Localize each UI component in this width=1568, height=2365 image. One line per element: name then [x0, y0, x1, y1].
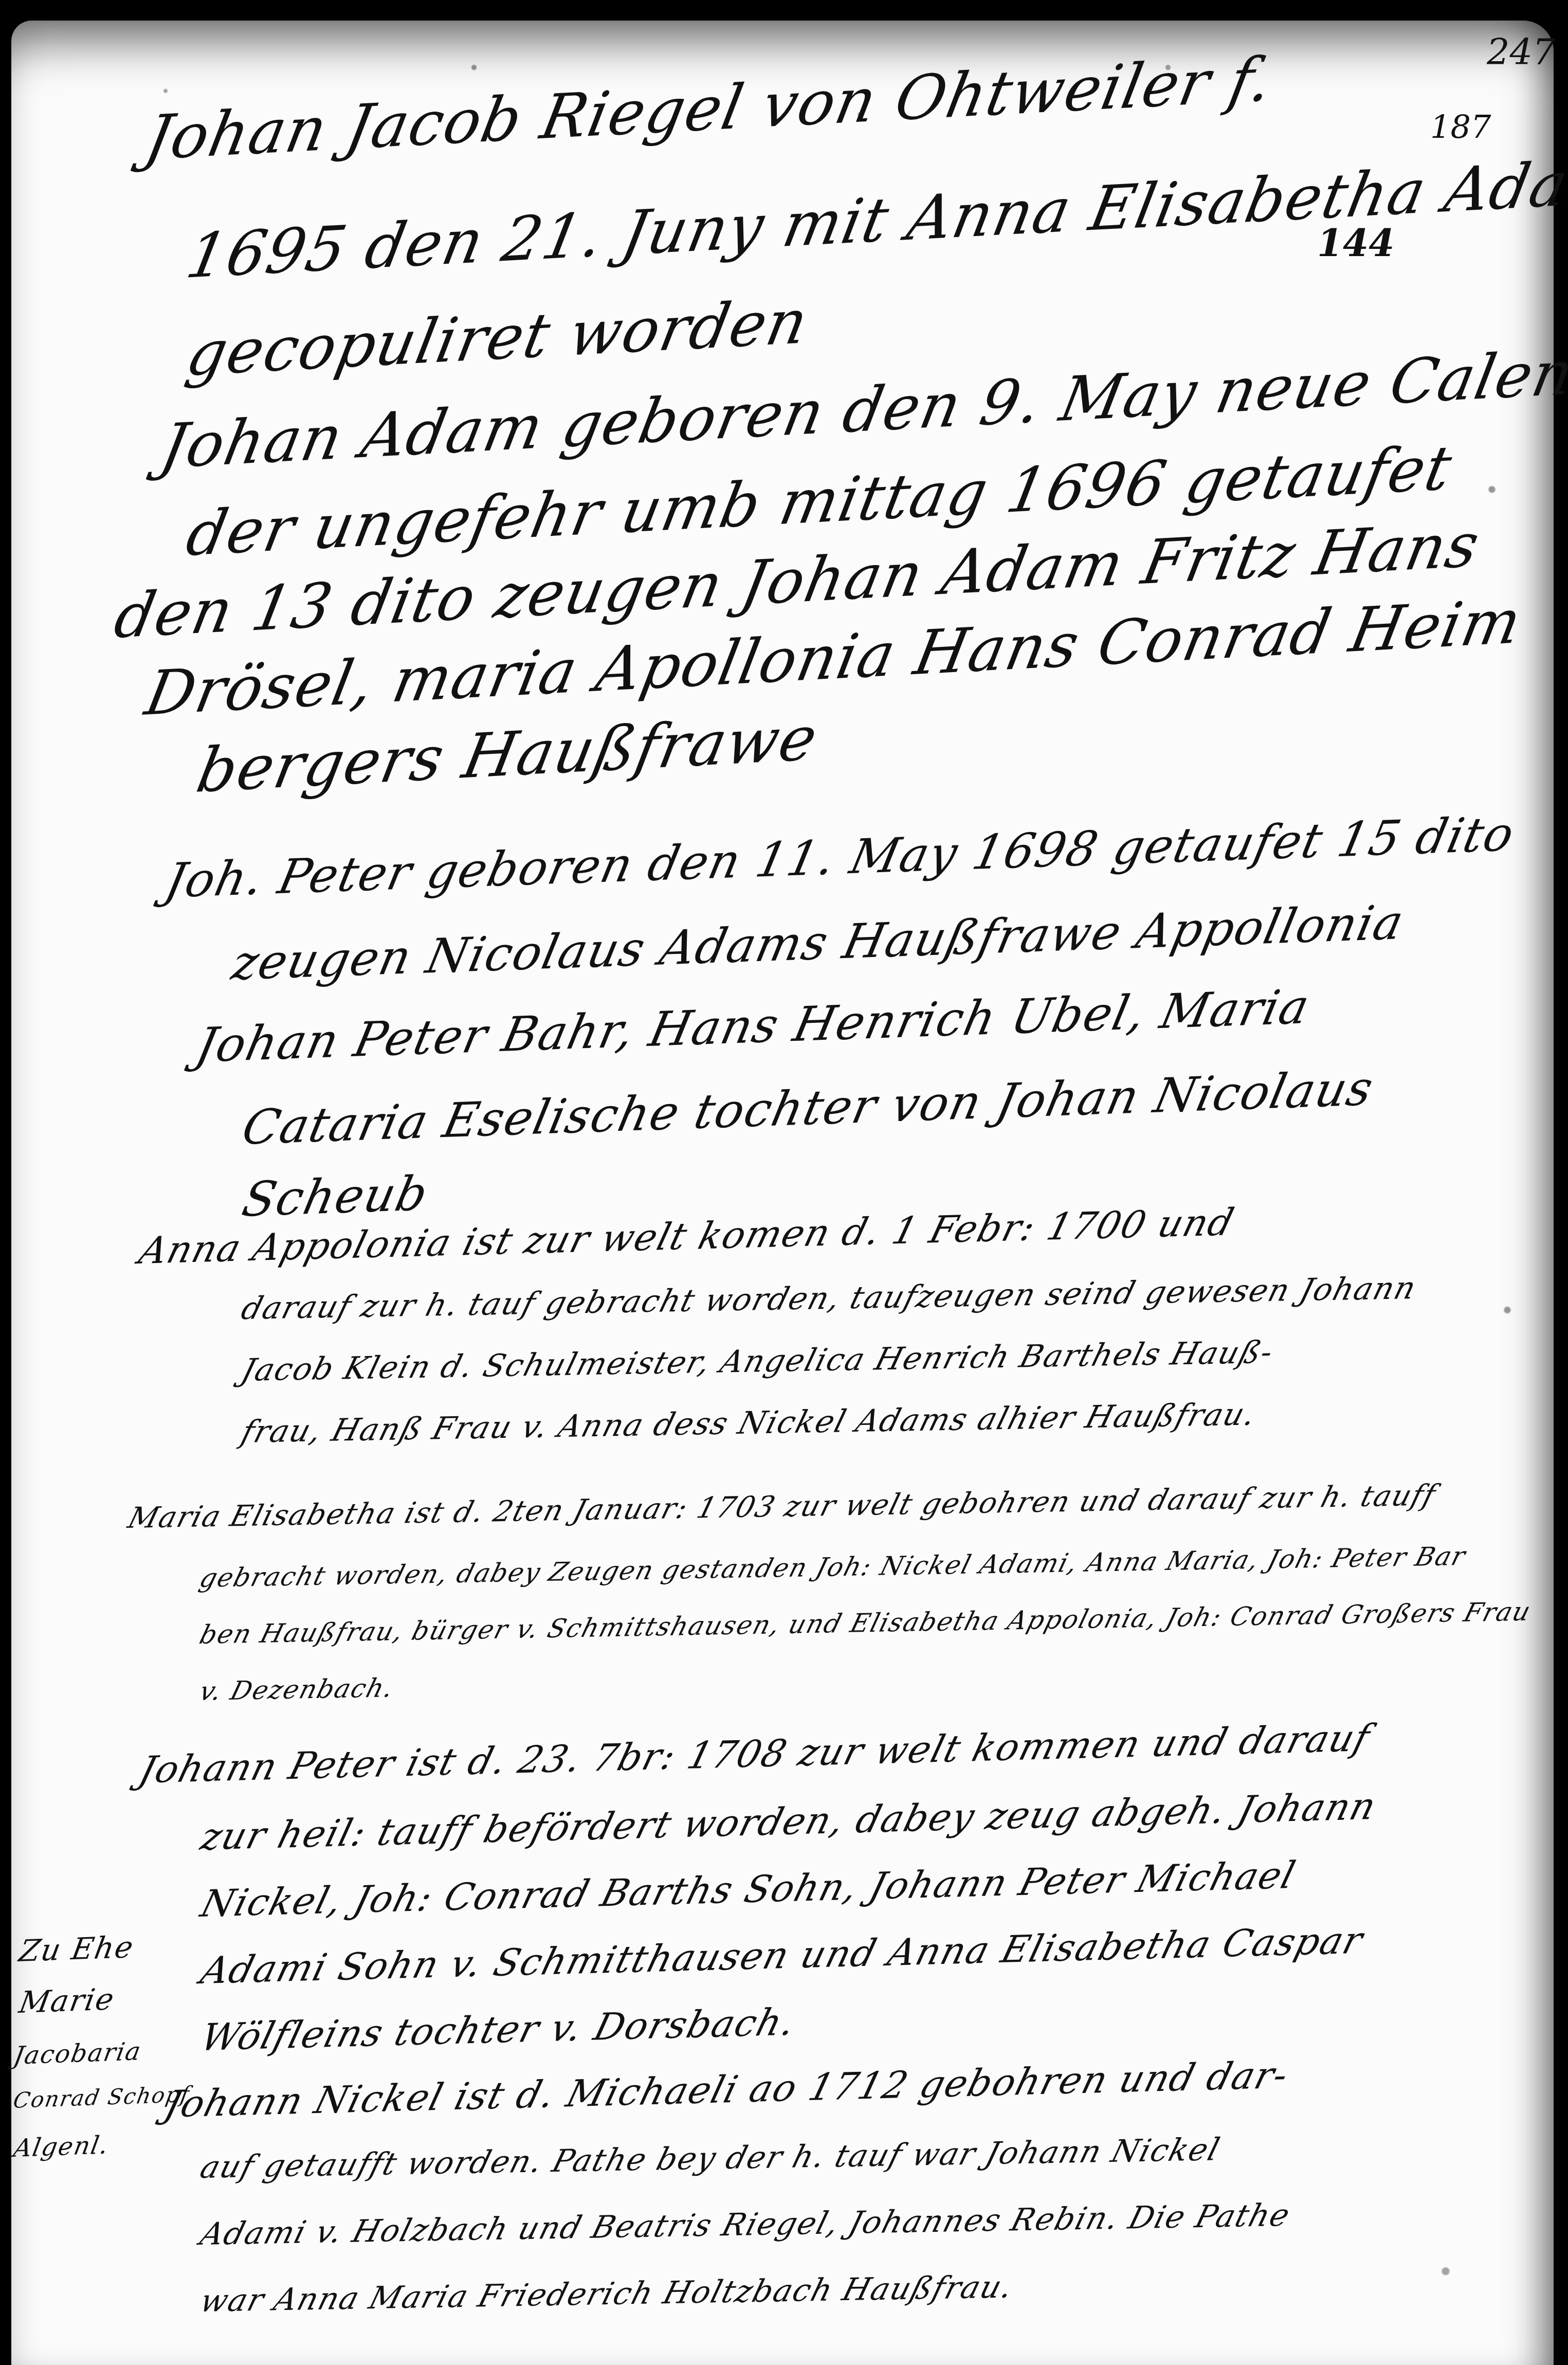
entry-line: Maria Elisabetha ist d. 2ten Januar: 170…: [124, 1478, 1440, 1535]
margin-note-line: Zu Ehe: [16, 1929, 137, 1969]
entry-line: Adami v. Holzbach und Beatris Riegel, Jo…: [196, 2197, 1294, 2252]
entry-line: Johan Jacob Riegel von Ohtweiler f.: [140, 43, 1279, 174]
entry-line: Adami Sohn v. Schmitthausen und Anna Eli…: [196, 1918, 1368, 1992]
entry-line: Johann Nickel ist d. Michaeli ao 1712 ge…: [160, 2053, 1293, 2126]
entry-line: Johan Peter Bahr, Hans Henrich Ubel, Mar…: [191, 979, 1315, 1073]
entry-line: gecopuliret worden: [181, 285, 814, 390]
entry-line: ben Haußfrau, bürger v. Schmittshausen, …: [196, 1597, 1535, 1650]
entry-line: Johann Peter ist d. 23. 7br: 1708 zur we…: [135, 1716, 1375, 1792]
entry-line: v. Dezenbach.: [196, 1673, 397, 1706]
entry-line: Joh. Peter geboren den 11. May 1698 geta…: [160, 806, 1520, 909]
entry-line: 1695 den 21. Juny mit Anna Elisabetha Ad…: [181, 144, 1568, 292]
entry-line: Jacob Klein d. Schulmeister, Angelica He…: [238, 1334, 1278, 1388]
entry-line: war Anna Maria Friederich Holtzbach Hauß…: [196, 2269, 1017, 2319]
page-number: 247: [1487, 31, 1556, 73]
entry-line: Wölfleins tochter v. Dorsbach.: [196, 2000, 800, 2059]
entry-line: auf getaufft worden. Pathe bey der h. ta…: [196, 2132, 1224, 2186]
entry-line: Nickel, Joh: Conrad Barths Sohn, Johann …: [196, 1853, 1301, 1925]
register-page: 247 187 144 Johan Jacob Riegel von Ohtwe…: [11, 21, 1554, 2365]
entry-line: darauf zur h. tauf gebracht worden, tauf…: [238, 1270, 1420, 1327]
entry-line: zur heil: tauff befördert worden, dabey …: [196, 1784, 1381, 1858]
entry-line: frau, Hanß Frau v. Anna dess Nickel Adam…: [238, 1396, 1261, 1450]
margin-note-line: Marie: [16, 1981, 118, 2020]
entry-line: Cataria Eselische tochter von Johan Nico…: [238, 1060, 1379, 1156]
entry-line: gebracht worden, dabey Zeugen gestanden …: [196, 1541, 1469, 1593]
margin-number-1: 187: [1430, 108, 1491, 146]
entry-line: zeugen Nicolaus Adams Haußfrawe Appollon…: [227, 895, 1409, 991]
margin-note-line: Jacobaria: [11, 2037, 144, 2070]
margin-note-line: Algenl.: [11, 2131, 112, 2163]
entry-line: Scheub: [238, 1166, 433, 1227]
